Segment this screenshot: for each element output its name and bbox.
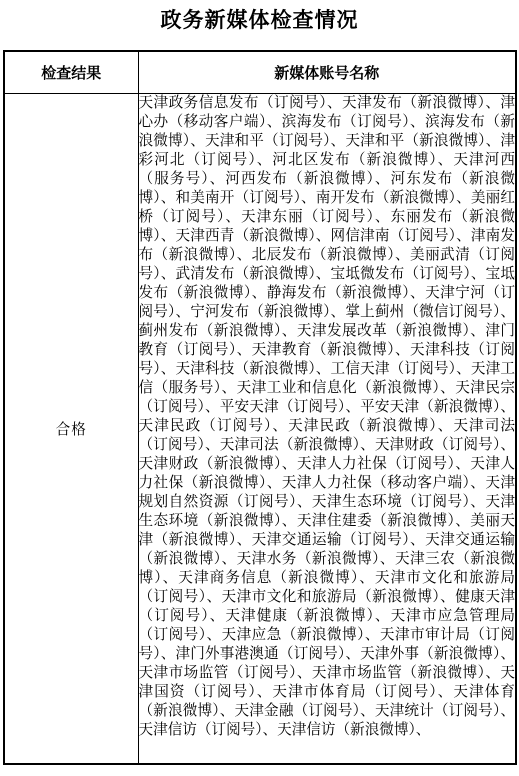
table-header-row: 检查结果 新媒体账号名称 xyxy=(4,51,516,93)
accounts-cell: 天津政务信息发布（订阅号）、天津发布（新浪微博）、津心办（移动客户端）、滨海发布… xyxy=(138,93,516,764)
inspection-table: 检查结果 新媒体账号名称 合格 天津政务信息发布（订阅号）、天津发布（新浪微博）… xyxy=(3,50,517,765)
table-row: 合格 天津政务信息发布（订阅号）、天津发布（新浪微博）、津心办（移动客户端）、滨… xyxy=(4,93,516,764)
header-cell-inspection-result: 检查结果 xyxy=(4,51,138,93)
page-title: 政务新媒体检查情况 xyxy=(0,7,519,33)
document-page: 政务新媒体检查情况 检查结果 新媒体账号名称 合格 天津政务信息发布（订阅号）、… xyxy=(0,7,519,776)
header-cell-account-name: 新媒体账号名称 xyxy=(138,51,516,93)
result-cell: 合格 xyxy=(4,93,138,764)
